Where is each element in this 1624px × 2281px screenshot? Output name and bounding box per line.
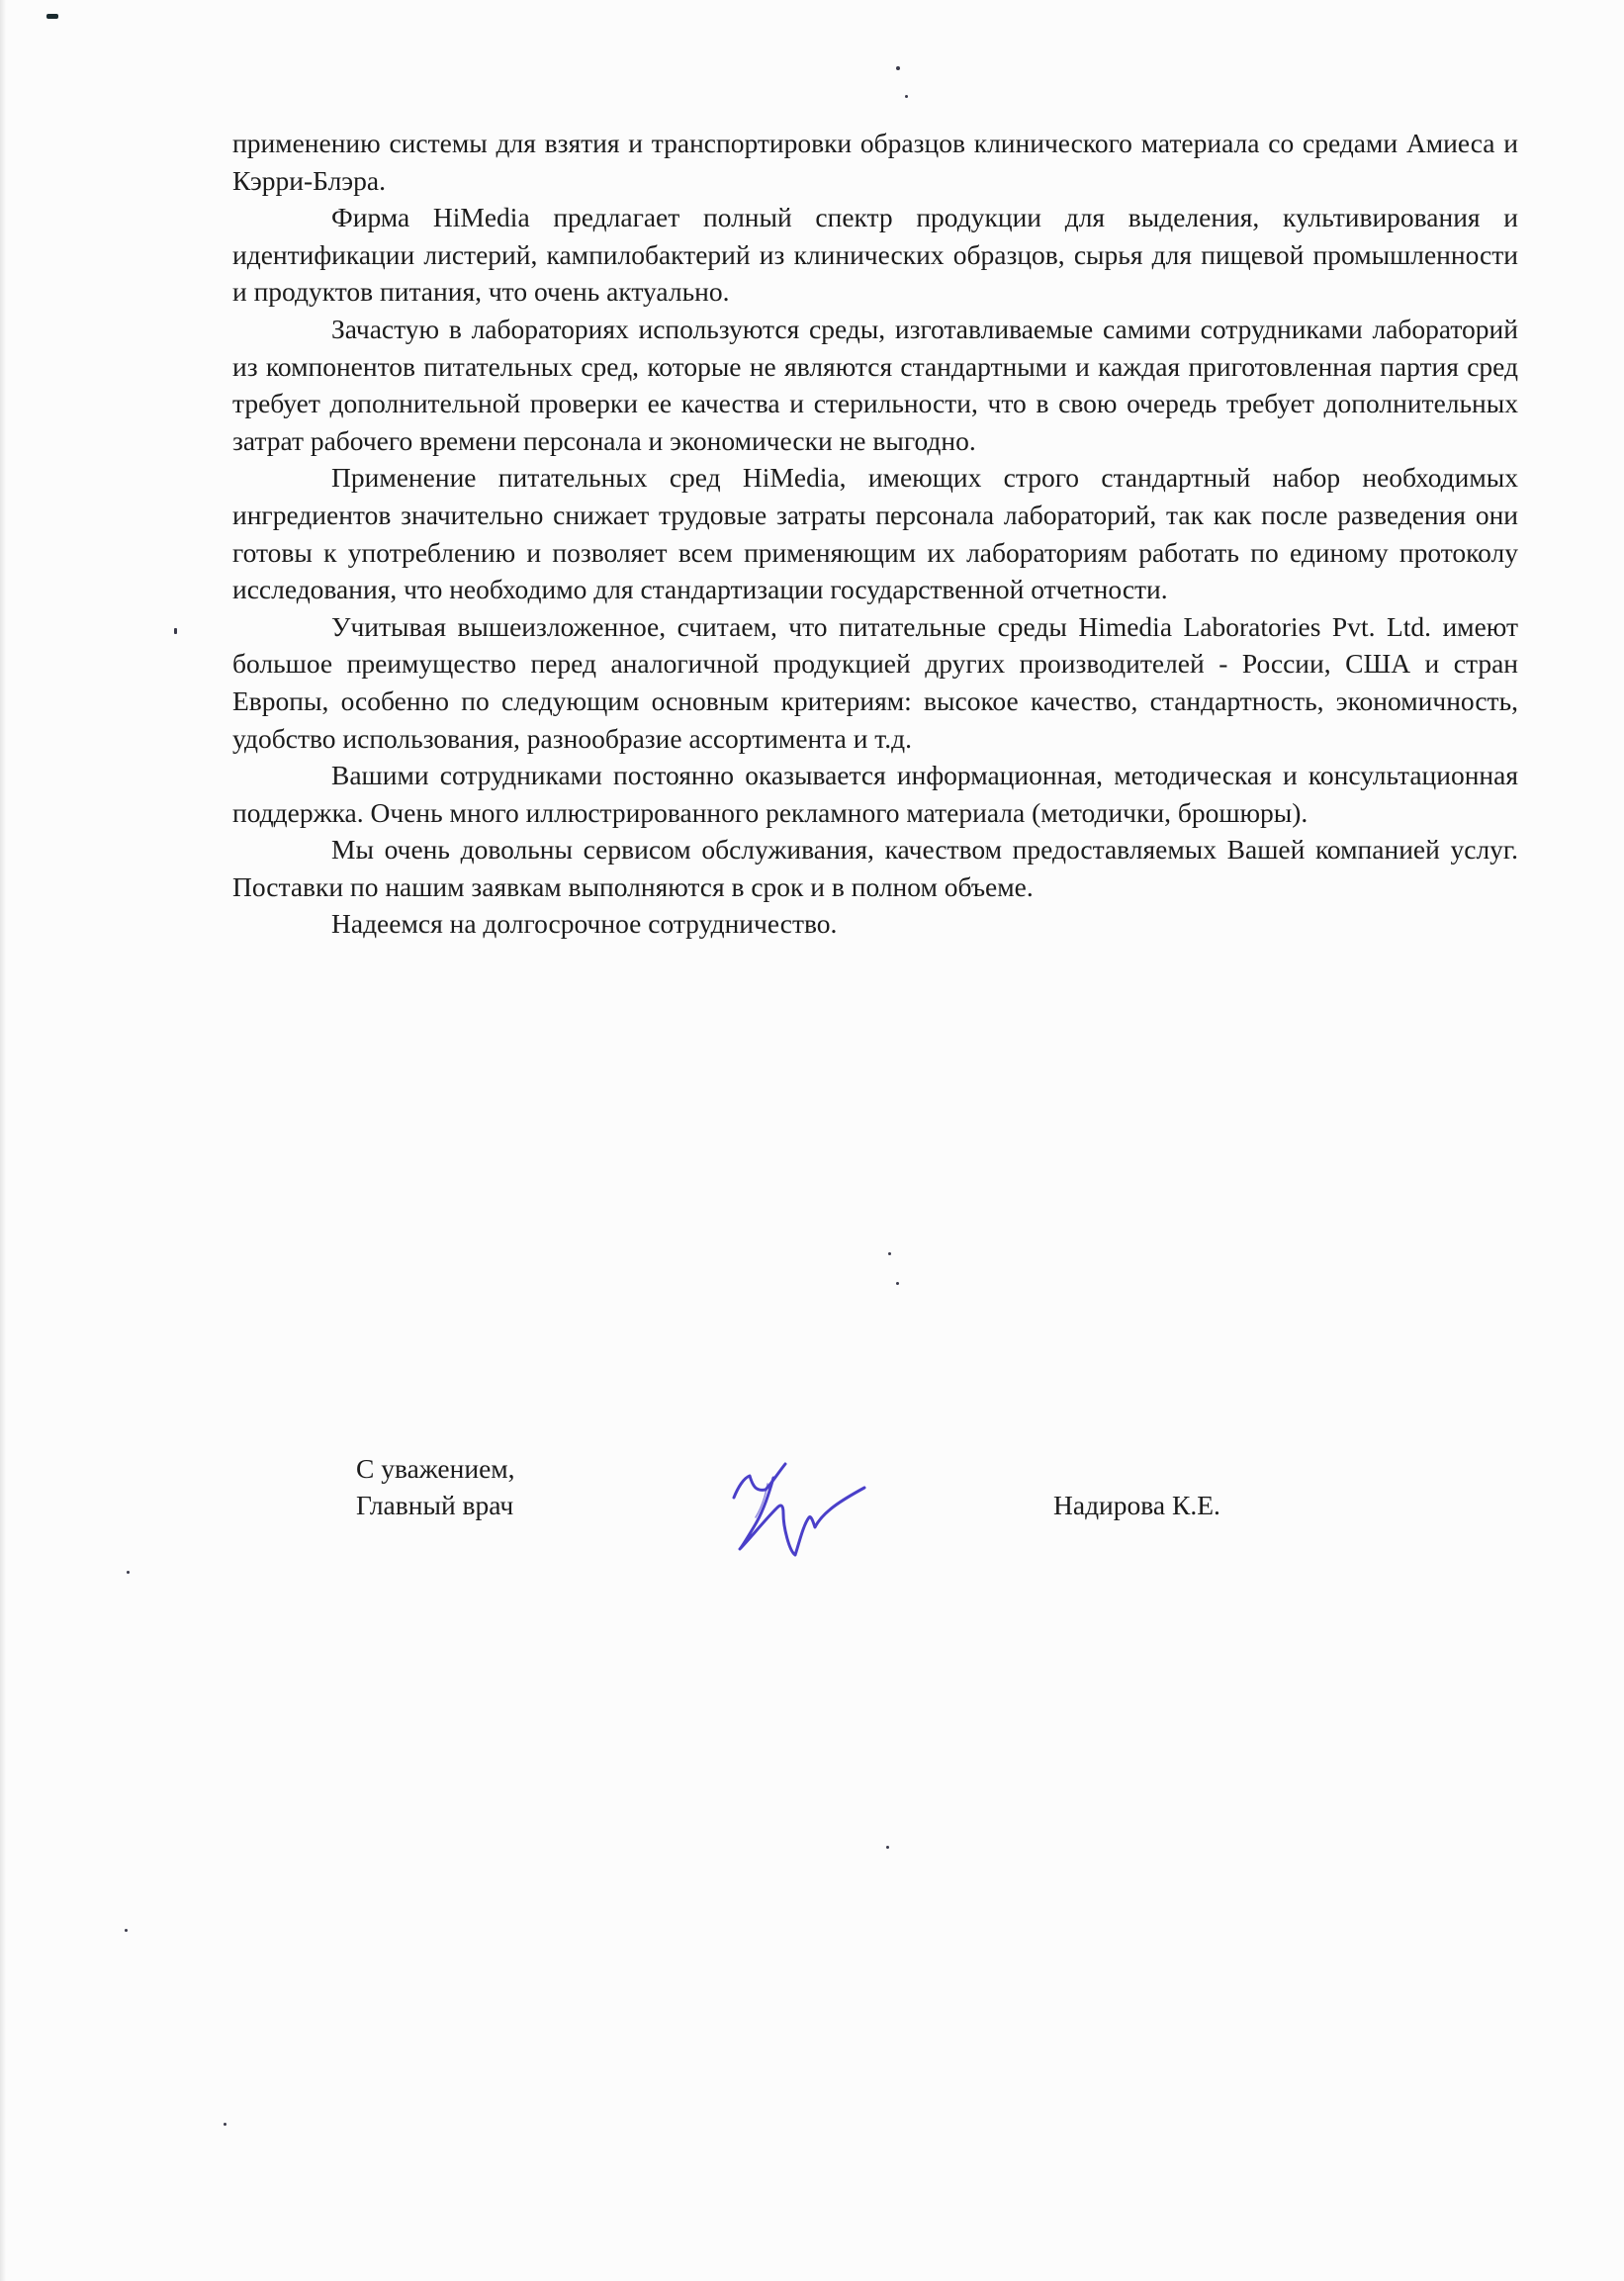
signer-name: Надирова К.Е. — [1053, 1487, 1220, 1523]
paragraph-support: Вашими сотрудниками постоянно оказываетс… — [232, 757, 1518, 831]
scan-speck — [896, 1282, 899, 1285]
paragraph-application: Применение питательных сред HiMedia, име… — [232, 459, 1518, 607]
scan-speck — [888, 1252, 891, 1255]
closing-salutation: С уважением, — [356, 1450, 515, 1487]
scanned-letter-page: применению системы для взятия и транспор… — [0, 0, 1624, 2281]
paragraph-conclusion: Учитывая вышеизложенное, считаем, что пи… — [232, 608, 1518, 757]
scan-speck — [224, 2123, 226, 2126]
scan-speck — [127, 1571, 130, 1574]
letter-body: применению системы для взятия и транспор… — [232, 125, 1518, 943]
scan-speck — [174, 628, 177, 634]
scan-speck — [886, 1846, 889, 1849]
scan-artifact-mark — [46, 14, 58, 19]
scan-edge-shadow — [0, 0, 6, 2281]
handwritten-signature-icon — [720, 1452, 878, 1561]
paragraph-lab-media: Зачастую в лабораториях используются сре… — [232, 311, 1518, 459]
paragraph-cooperation: Надеемся на долгосрочное сотрудничество. — [232, 905, 1518, 943]
paragraph-himedia-range: Фирма HiMedia предлагает полный спектр п… — [232, 199, 1518, 311]
signer-position: Главный врач — [356, 1487, 515, 1523]
scan-speck — [896, 66, 900, 70]
paragraph-satisfaction: Мы очень довольны сервисом обслуживания,… — [232, 831, 1518, 905]
scan-speck — [905, 95, 908, 98]
paragraph-continuation: применению системы для взятия и транспор… — [232, 125, 1518, 199]
scan-speck — [125, 1929, 128, 1932]
closing-block: С уважением, Главный врач — [356, 1450, 515, 1523]
